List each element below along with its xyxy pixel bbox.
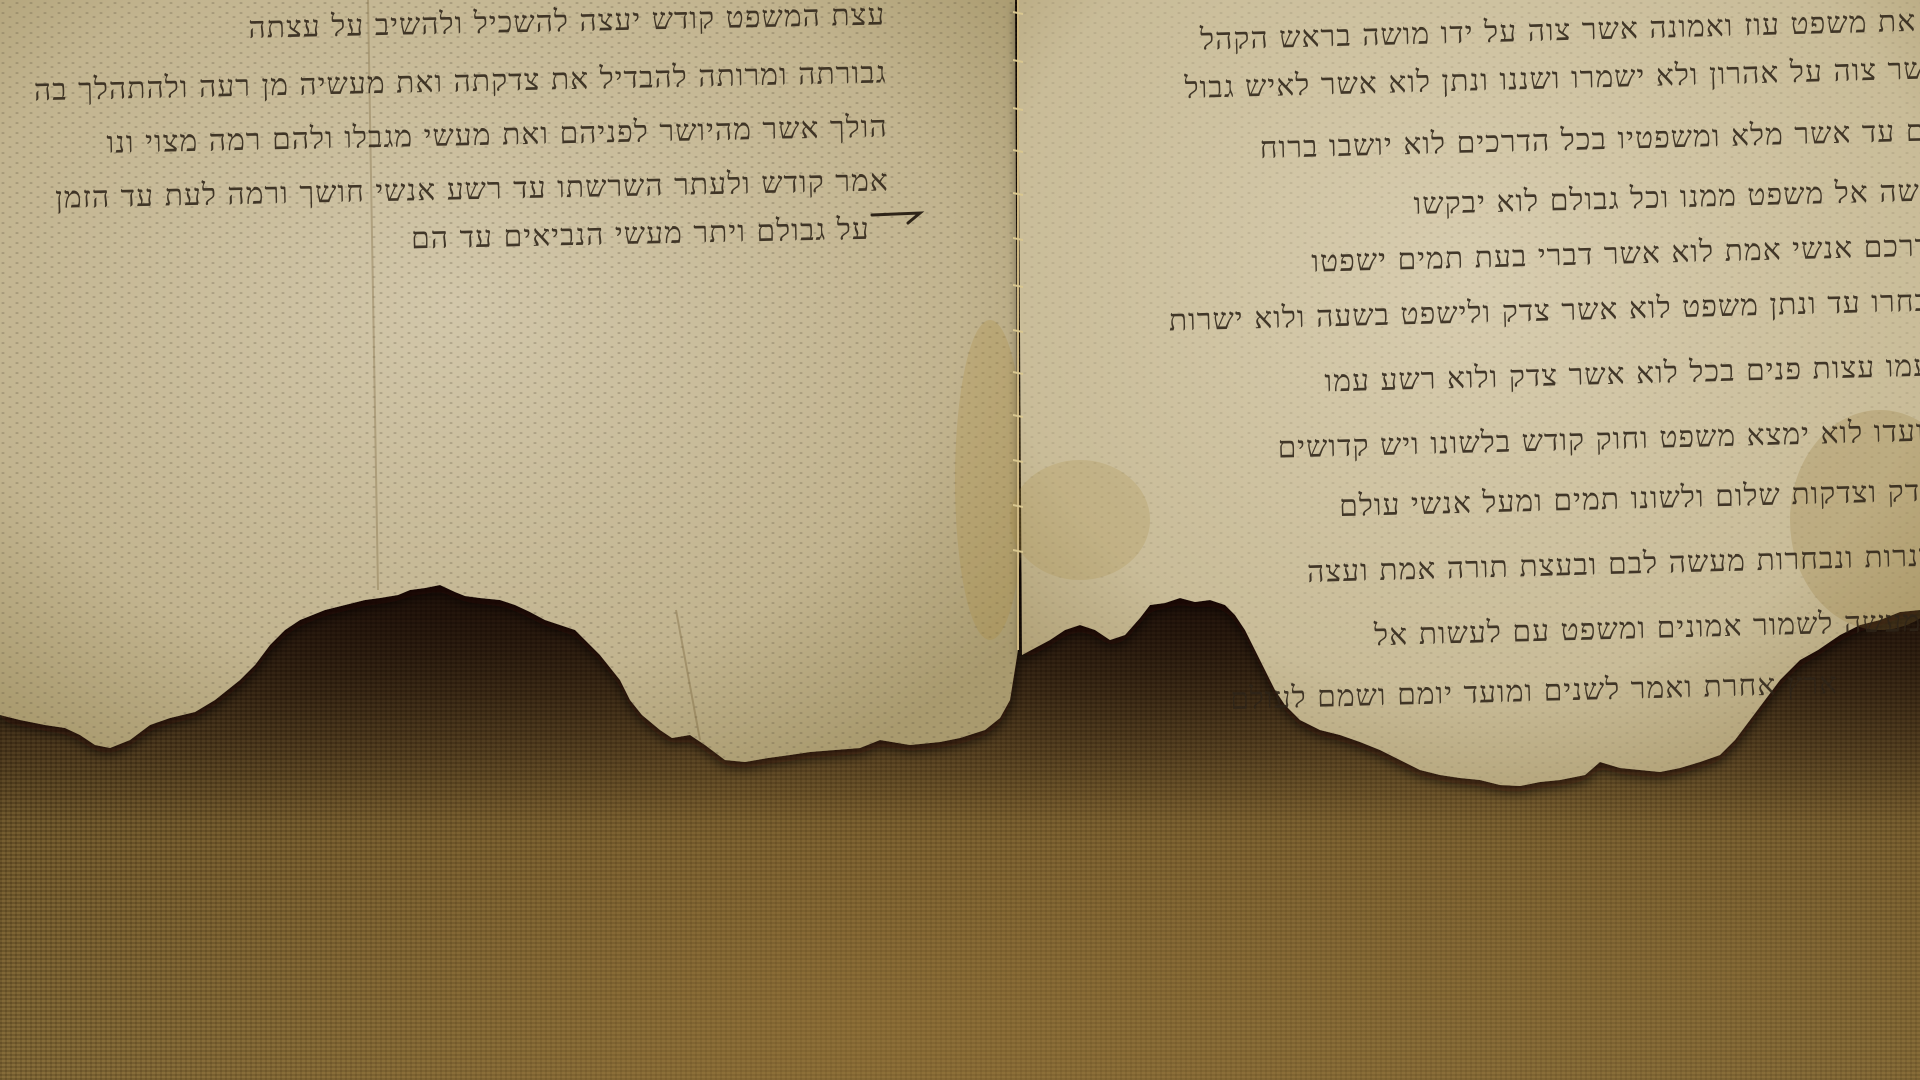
- text-line: ונשר ודרכם אנשי אמת לוא אשר דברי בעת תמי…: [1311, 230, 1920, 278]
- text-line: ונבחר במעשה לשמור אמונים ומשפט עם לעשות …: [1374, 604, 1920, 651]
- text-line: ואמת צדק וצדקות שלום ולשונו תמים ומעל אנ…: [1339, 474, 1920, 522]
- text-line: אשר נבחרו עד ונתן משפט לוא אשר צדק ולישפ…: [1168, 285, 1920, 337]
- text-line: ואת אשר צוה על אהרון ולא ישמרו ושננו ונת…: [1184, 53, 1920, 104]
- text-line: משפט ונרות ונבחרות מעשה לבם ובעצת תורה א…: [1307, 539, 1920, 588]
- text-line: ונבחרים עד אשר מלא ומשפטיו בכל הדרכים לו…: [1259, 115, 1920, 164]
- text-line: על גבולם ויתר מעשי הנביאים עד הם: [411, 215, 870, 255]
- text-line: עשות עמו עצות פנים בכל לוא אשר צדק ולוא …: [1324, 349, 1920, 397]
- text-line: אמר קודש ולעתר השרשתו עד רשע אנשי חושך ו…: [55, 166, 889, 213]
- text-line: אשר עשה אל משפט ממנו וכל גבולם לוא יבקשו: [1413, 175, 1920, 220]
- margin-arrow-mark: [870, 205, 930, 227]
- text-line: ושמרו את משפט עוז ואמונה אשר צוה על ידו …: [1200, 5, 1920, 56]
- text-line: אמת ונועדו לוא ימצא משפט וחוק קודש בלשונ…: [1277, 414, 1920, 463]
- scroll-photo: עצת המשפט קודש יעצה להשכיל ולהשיב על עצת…: [0, 0, 1920, 1080]
- left-column-text: עצת המשפט קודש יעצה להשכיל ולהשיב על עצת…: [0, 0, 917, 619]
- text-line: הולך אשר מהיושר לפניהם ואת מעשי מגבלו ול…: [106, 112, 888, 158]
- seam-stitching: [1013, 0, 1023, 650]
- text-line: גבורתה ומרותה להבדיל את צדקתה ואת מעשיה …: [34, 58, 887, 106]
- right-column-text: ושמרו את משפט עוז ואמונה אשר צוה על ידו …: [1030, 0, 1920, 720]
